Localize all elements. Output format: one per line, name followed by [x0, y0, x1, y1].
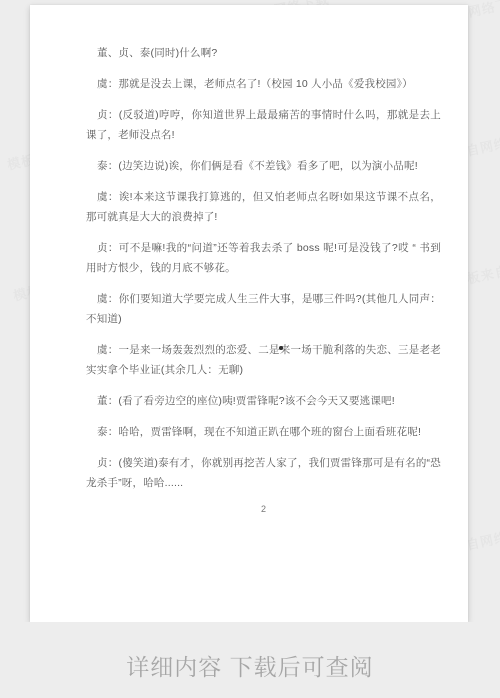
dialogue-line: 贞：(反驳道)哼哼，你知道世界上最最痛苦的事情时什么吗，那就是去上课了，老师没点…	[86, 105, 441, 145]
dialogue-line: 泰：哈哈，贾雷锋啊，现在不知道正趴在哪个班的窗台上面看班花呢!	[86, 422, 441, 442]
preview-stage: 模板来自网络下载 模板来自网络下载 模板来自网络下载 模板来自网络下载 模板来自…	[0, 0, 500, 698]
dialogue-line: 董、贞、泰(同时)什么啊?	[86, 43, 441, 63]
dialogue-line: 虞：诶!本来这节课我打算逃的，但又怕老师点名呀!如果这节课不点名，那可就真是大大…	[86, 187, 441, 227]
dialogue-line: 贞：(傻笑道)泰有才，你就别再挖苦人家了，我们贾雷锋那可是有名的“恐龙杀手”呀，…	[86, 453, 441, 493]
dialogue-line: 虞：一是来一场轰轰烈烈的恋爱、二是来一场干脆利落的失恋、三是老老实实拿个毕业证(…	[86, 340, 441, 380]
stray-bullet-dot	[279, 346, 283, 350]
dialogue-line: 泰：(边笑边说)诶，你们俩是看《不差钱》看多了吧，以为演小品呢!	[86, 156, 441, 176]
page-number: 2	[86, 504, 441, 514]
dialogue-line: 董：(看了看旁边空的座位)咦!贾雷锋呢?该不会今天又要逃课吧!	[86, 391, 441, 411]
dialogue-line: 虞：你们要知道大学要完成人生三件大事，是哪三件吗?(其他几人同声：不知道)	[86, 289, 441, 329]
dialogue-line: 虞：那就是没去上课，老师点名了!（校园 10 人小品《爱我校园》）	[86, 74, 441, 94]
download-hint-text: 详细内容 下载后可查阅	[0, 649, 500, 682]
footer-band: 详细内容 下载后可查阅	[0, 622, 500, 698]
dialogue-line: 贞：可不是嘛!我的“问道”还等着我去杀了 boss 呢!可是没钱了?哎 “ 书到…	[86, 238, 441, 278]
document-body: 董、贞、泰(同时)什么啊? 虞：那就是没去上课，老师点名了!（校园 10 人小品…	[86, 43, 441, 514]
document-page[interactable]: 董、贞、泰(同时)什么啊? 虞：那就是没去上课，老师点名了!（校园 10 人小品…	[30, 5, 468, 622]
